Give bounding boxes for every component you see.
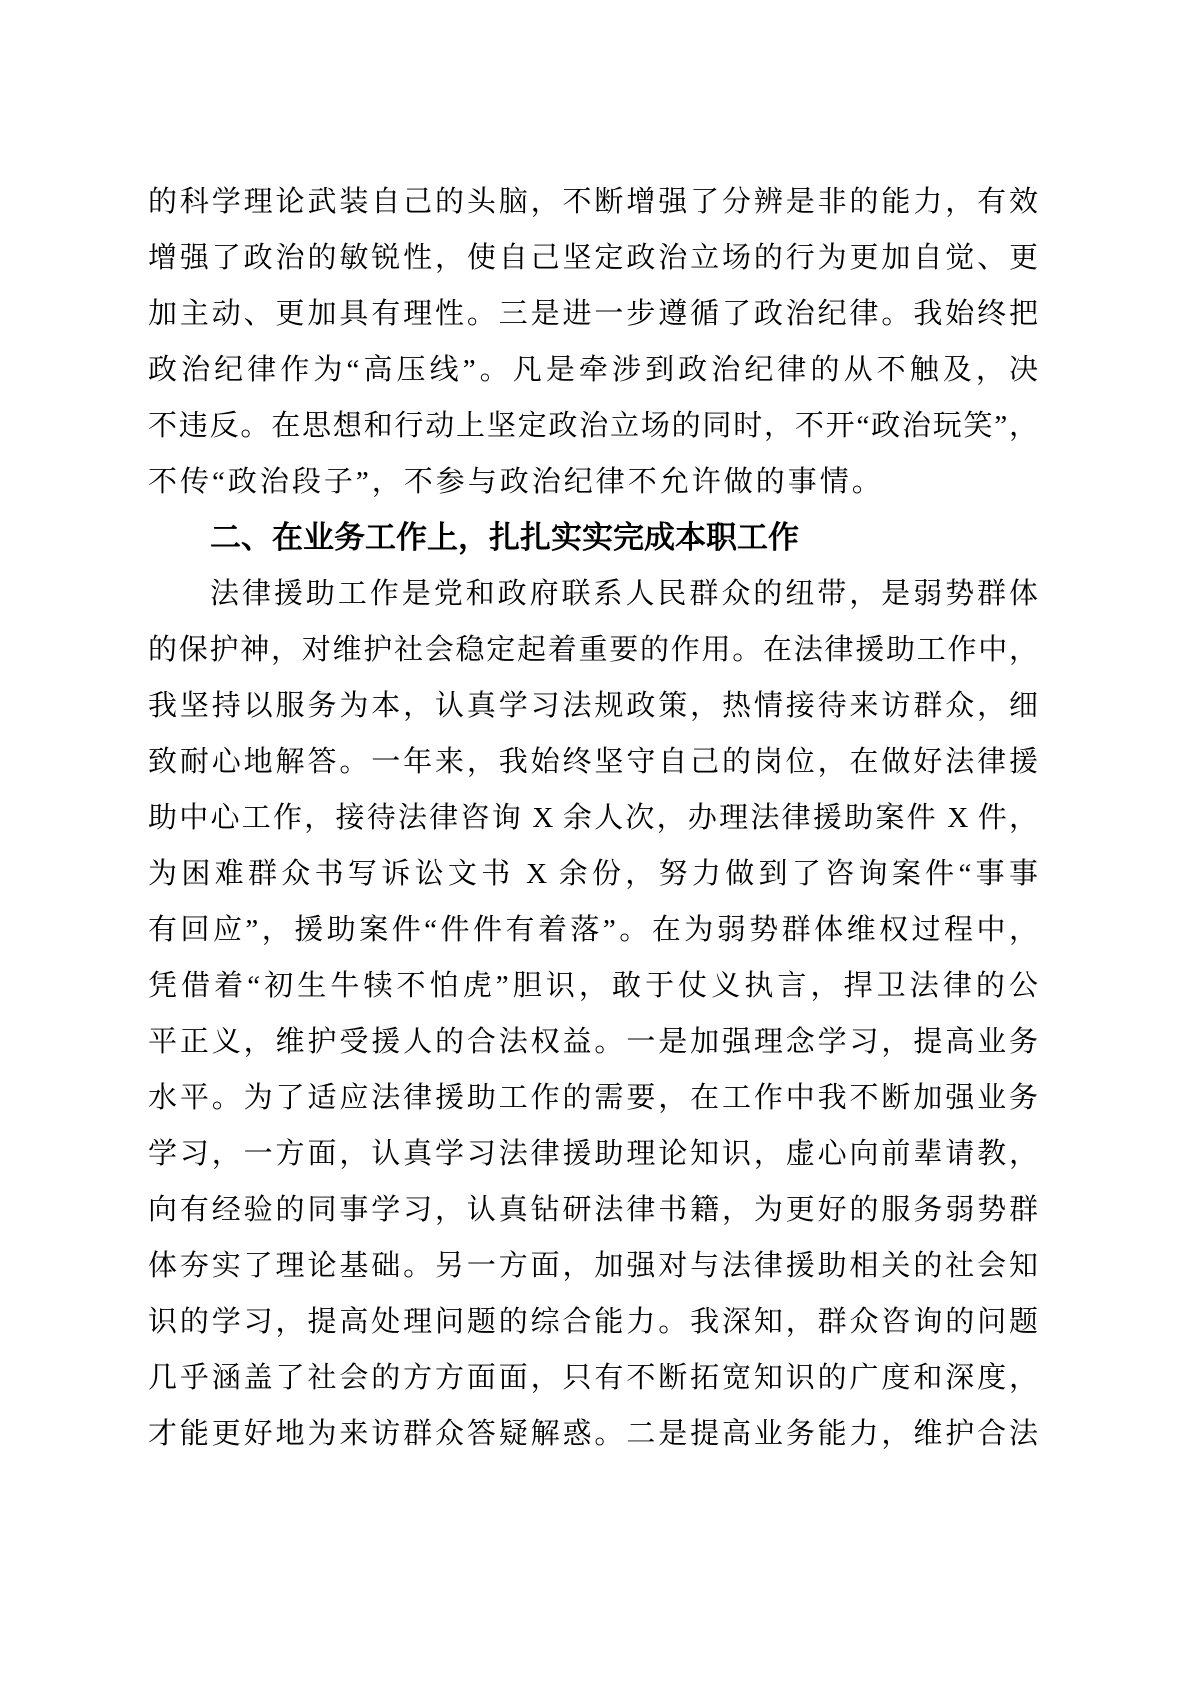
text-line: 向有经验的同事学习，认真钻研法律书籍，为更好的服务弱势群 [148,1182,1038,1238]
document-page: 的科学理论武装自己的头脑，不断增强了分辨是非的能力，有效增强了政治的敏锐性，使自… [0,0,1190,1683]
text-line: 不违反。在思想和行动上坚定政治立场的同时，不开“政治玩笑”， [148,398,1038,454]
text-line: 致耐心地解答。一年来，我始终坚守自己的岗位，在做好法律援 [148,734,1038,790]
text-line: 几乎涵盖了社会的方方面面，只有不断拓宽知识的广度和深度， [148,1350,1038,1406]
paragraph-political-discipline-continuation: 的科学理论武装自己的头脑，不断增强了分辨是非的能力，有效增强了政治的敏锐性，使自… [148,174,1038,510]
text-line: 识的学习，提高处理问题的综合能力。我深知，群众咨询的问题 [148,1294,1038,1350]
text-line: 的保护神，对维护社会稳定起着重要的作用。在法律援助工作中， [148,622,1038,678]
text-line: 加主动、更加具有理性。三是进一步遵循了政治纪律。我始终把 [148,286,1038,342]
text-line: 有回应”，援助案件“件件有着落”。在为弱势群体维权过程中， [148,902,1038,958]
text-line: 的科学理论武装自己的头脑，不断增强了分辨是非的能力，有效 [148,174,1038,230]
text-line: 不传“政治段子”，不参与政治纪律不允许做的事情。 [148,454,1038,510]
text-line: 我坚持以服务为本，认真学习法规政策，热情接待来访群众，细 [148,678,1038,734]
text-line: 体夯实了理论基础。另一方面，加强对与法律援助相关的社会知 [148,1238,1038,1294]
section-heading: 二、在业务工作上，扎扎实实完成本职工作 [148,510,1038,566]
text-line: 政治纪律作为“高压线”。凡是牵涉到政治纪律的从不触及，决 [148,342,1038,398]
text-line: 为困难群众书写诉讼文书 X 余份，努力做到了咨询案件“事事 [148,846,1038,902]
text-line: 学习，一方面，认真学习法律援助理论知识，虚心向前辈请教， [148,1126,1038,1182]
text-line: 法律援助工作是党和政府联系人民群众的纽带，是弱势群体 [148,566,1038,622]
text-line: 增强了政治的敏锐性，使自己坚定政治立场的行为更加自觉、更 [148,230,1038,286]
text-line: 平正义，维护受援人的合法权益。一是加强理念学习，提高业务 [148,1014,1038,1070]
text-line: 助中心工作，接待法律咨询 X 余人次，办理法律援助案件 X 件， [148,790,1038,846]
text-line: 才能更好地为来访群众答疑解惑。二是提高业务能力，维护合法 [148,1406,1038,1462]
text-line: 凭借着“初生牛犊不怕虎”胆识，敢于仗义执言，捍卫法律的公 [148,958,1038,1014]
document-content: 的科学理论武装自己的头脑，不断增强了分辨是非的能力，有效增强了政治的敏锐性，使自… [148,174,1038,1462]
text-line: 水平。为了适应法律援助工作的需要，在工作中我不断加强业务 [148,1070,1038,1126]
paragraph-legal-aid-work: 法律援助工作是党和政府联系人民群众的纽带，是弱势群体的保护神，对维护社会稳定起着… [148,566,1038,1462]
